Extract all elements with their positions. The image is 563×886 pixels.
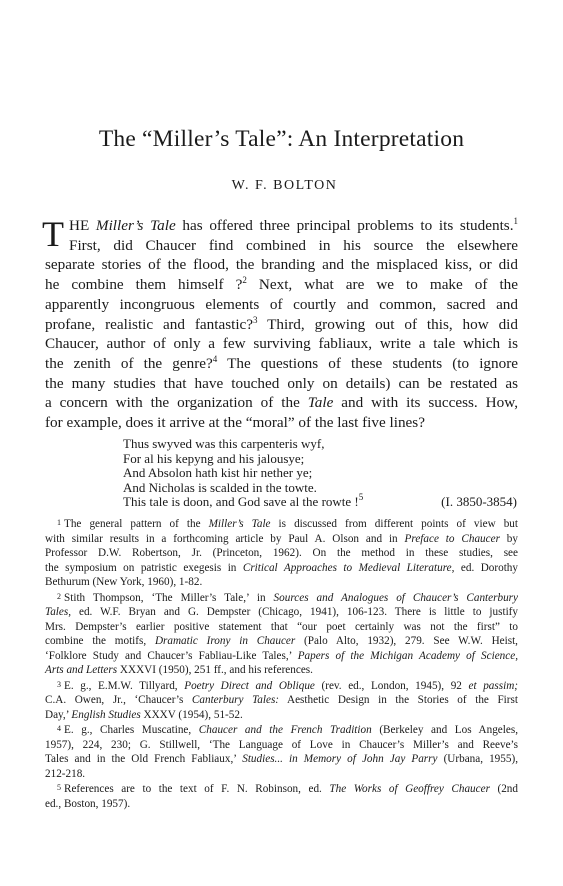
footnote-line: the symposium on patristic exegesis in C… [45,561,518,576]
drop-cap: T [42,218,64,250]
italic-text: Preface to Chaucer [405,533,500,545]
body-line: a concern with the organization of the T… [45,393,518,413]
body-line: separate stories of the flood, the brand… [45,255,518,275]
footnote-line: Mrs. Dempster’s earlier positive stateme… [45,620,518,635]
footnote-number: 3 [57,680,61,689]
body-line: he combine them himself ?2 Next, what ar… [45,275,518,295]
footnote-line: 2Stith Thompson, ‘The Miller’s Tale,’ in… [45,590,518,606]
italic-text: Dramatic Irony in Chaucer [155,635,295,647]
verse-quotation: Thus swyved was this carpenteris wyf,For… [123,437,473,510]
footnote-line: Bethurum (New York, 1960), 1-82. [45,575,518,590]
italic-text: Sources and Analogues of Chaucer’s Cante… [274,592,518,604]
body-line: Chaucer, author of only a few surviving … [45,334,518,354]
italic-text: Miller’s Tale [209,518,271,530]
footnote-number: 2 [57,592,61,601]
italic-text: Arts and Letters [45,664,117,676]
footnote-line: Professor D.W. Robertson, Jr. (Princeton… [45,546,518,561]
article-body: T HE Miller’s Tale has offered three pri… [45,216,518,433]
italic-text: Studies... in Memory of John Jay Parry [242,753,437,765]
footnote-line: C.A. Owen, Jr., ‘Chaucer’s Canterbury Ta… [45,693,518,708]
footnote-line: 4E. g., Charles Muscatine, Chaucer and t… [45,722,518,738]
italic-text: Tale [308,394,334,411]
footnote-line: 5References are to the text of F. N. Rob… [45,781,518,797]
footnotes: 1The general pattern of the Miller’s Tal… [45,516,518,811]
italic-text: The Works of Geoffrey Chaucer [329,783,490,795]
footnote-line: 212-218. [45,767,518,782]
footnote-line: Tales and in the Old French Fabliaux,’ S… [45,752,518,767]
verse-line: This tale is doon, and God save al the r… [123,495,473,510]
footnote-number: 4 [57,724,61,733]
footnote-ref[interactable]: 3 [253,315,258,325]
body-line: the zenith of the genre?4 The questions … [45,354,518,374]
body-line: for example, does it arrive at the “mora… [45,413,518,433]
footnote-ref[interactable]: 1 [514,216,519,226]
footnote-ref[interactable]: 2 [242,275,247,285]
footnote-line: Tales, ed. W.F. Bryan and G. Dempster (C… [45,605,518,620]
footnote-number: 5 [57,783,61,792]
body-line: First, did Chaucer find combined in his … [45,236,518,256]
italic-text: English Studies [71,709,140,721]
italic-text: Papers of the Michigan Academy of Scienc… [298,650,518,662]
italic-text: Chaucer and the French Tradition [199,724,372,736]
body-line: profane, realistic and fantastic?3 Third… [45,315,518,335]
italic-text: Critical Approaches to Medieval Literatu… [243,562,455,574]
line-reference: (I. 3850-3854) [441,495,517,510]
footnote-line: Arts and Letters XXXVI (1950), 251 ff., … [45,663,518,678]
footnote-line: 1The general pattern of the Miller’s Tal… [45,516,518,532]
italic-text: Miller’s Tale [96,217,176,234]
body-line: HE Miller’s Tale has offered three princ… [45,216,518,236]
footnote-line: combine the motifs, Dramatic Irony in Ch… [45,634,518,649]
italic-text: Poetry Direct and Oblique [184,680,315,692]
italic-text: et passim; [469,680,519,692]
verse-line: Thus swyved was this carpenteris wyf, [123,437,473,452]
footnote-line: with similar results in a forthcoming ar… [45,532,518,547]
italic-text: Canterbury Tales: [192,694,279,706]
verse-line: And Absolon hath kist hir nether ye; [123,466,473,481]
body-paragraph: HE Miller’s Tale has offered three princ… [45,216,518,433]
verse-line: For al his kepyng and his jalousye; [123,452,473,467]
footnote-line: ed., Boston, 1957). [45,797,518,812]
footnote-line: 1957), 224, 230; G. Stillwell, ‘The Lang… [45,738,518,753]
footnote-line: ‘Folklore Study and Chaucer’s Fabliau-Li… [45,649,518,664]
footnote-line: Day,’ English Studies XXXV (1954), 51-52… [45,708,518,723]
footnote-number: 1 [57,518,61,527]
footnote-line: 3E. g., E.M.W. Tillyard, Poetry Direct a… [45,678,518,694]
body-line: apparently incongruous elements of court… [45,295,518,315]
italic-text: Tales, [45,606,71,618]
body-line: the many studies that have touched only … [45,374,518,394]
article-title: The “Miller’s Tale”: An Interpretation [0,126,563,153]
footnote-ref[interactable]: 5 [359,492,364,502]
footnote-ref[interactable]: 4 [213,354,218,364]
article-author: W. F. BOLTON [0,178,563,194]
